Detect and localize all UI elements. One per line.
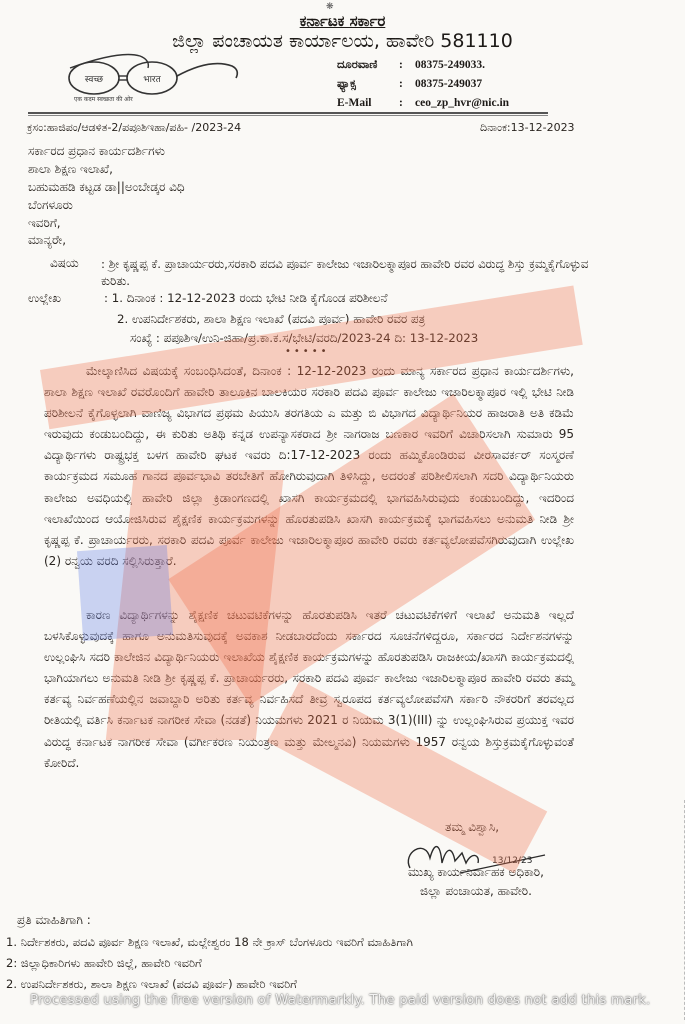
letter-date: ದಿನಾಂಕ:13-12-2023 (480, 121, 575, 135)
copy-to-heading: ಪ್ರತಿ ಮಾಹಿತಿಗಾಗಿ : (17, 913, 91, 928)
office-title: ಜಿಲ್ಲಾ ಪಂಚಾಯತ ಕಾರ್ಯಾಲಯ, ಹಾವೇರಿ 581110 (0, 30, 685, 52)
email-row: E-Mail:ceo_zp_hvr@nic.in (337, 94, 509, 113)
reference-item: ಸಂಖ್ಯೆ : ಪಪೂಶಿಇ/ಉನಿ-ಜಿಹಾ/ಪ್ರ.ಕಾ.ಕ.ಸ/ಭೇಟಿ… (130, 331, 478, 346)
header-divider (28, 112, 548, 114)
copy-to-item: 2: ಜಿಲ್ಲಾಧಿಕಾರಿಗಳು ಹಾವೇರಿ ಜಿಲ್ಲೆ, ಹಾವೇರಿ… (6, 953, 413, 974)
svg-text:स्वच्छ: स्वच्छ (85, 75, 104, 85)
swachh-bharat-logo: स्वच्छ भारत एक कदम स्वच्छता की ओर (60, 52, 245, 110)
copy-to-list: 1. ನಿರ್ದೇಶಕರು, ಪದವಿ ಪೂರ್ವ ಶಿಕ್ಷಣ ಇಲಾಖೆ, … (6, 932, 413, 995)
spectacles-icon: स्वच्छ भारत (60, 52, 245, 97)
state-emblem-icon: ❋ (326, 2, 334, 12)
addressee-block: ಸರ್ಕಾರದ ಪ್ರಧಾನ ಕಾರ್ಯದರ್ಶಿಗಳು ಶಾಲಾ ಶಿಕ್ಷಣ… (28, 142, 185, 232)
government-title: ಕರ್ನಾಟಕ ಸರ್ಕಾರ (0, 12, 685, 30)
fax-row: ಫ್ಯಾಕ್ಸ:08375-249037 (337, 75, 509, 94)
letter-page: ❋ ಕರ್ನಾಟಕ ಸರ್ಕಾರ ಜಿಲ್ಲಾ ಪಂಚಾಯತ ಕಾರ್ಯಾಲಯ,… (0, 0, 685, 1024)
header-divider-thin (28, 115, 548, 116)
salutation: ಮಾನ್ಯರೇ, (28, 233, 66, 248)
scan-edge (678, 800, 685, 1020)
reference-number: ಕ್ರಸಂ:ಹಾಜಿಪಂ/ಆಡಳಿತ-2/ಪಪೂಶಿಇಹಾ/ಪಹಿ- /2023… (27, 121, 241, 135)
subject-text: : ಶ್ರೀ ಕೃಷ್ಣಪ್ಪ ಕೆ. ಪ್ರಾಚಾರ್ಯರರು,ಸರಕಾರಿ … (101, 256, 601, 290)
phone-row: ದೂರವಾಣಿ:08375-249033. (337, 56, 509, 75)
watermark-notice: Processed using the free version of Wate… (30, 992, 650, 1008)
svg-text:भारत: भारत (143, 75, 161, 85)
body-paragraph: ಮೇಲ್ಕಾಣಿಸಿದ ವಿಷಯಕ್ಕೆ ಸಂಬಂಧಿಸಿದಂತೆ, ದಿನಾಂ… (44, 361, 574, 572)
references-label: ಉಲ್ಲೇಖ (28, 291, 61, 306)
body-paragraph: ಕಾರಣ ವಿದ್ಯಾರ್ಥಿಗಳನ್ನು ಶೈಕ್ಷಣಿಕ ಚಟುವಟಿಕೆಗ… (44, 605, 574, 774)
signatory-title: ಮುಖ್ಯ ಕಾರ್ಯನಿರ್ವಾಹಕ ಅಧಿಕಾರಿ, ಜಿಲ್ಲಾ ಪಂಚಾ… (408, 863, 544, 901)
copy-to-item: 1. ನಿರ್ದೇಶಕರು, ಪದವಿ ಪೂರ್ವ ಶಿಕ್ಷಣ ಇಲಾಖೆ, … (6, 932, 413, 953)
subject-label: ವಿಷಯ (50, 256, 79, 271)
contact-block: ದೂರವಾಣಿ:08375-249033. ಫ್ಯಾಕ್ಸ:08375-2490… (337, 56, 509, 113)
separator-dots: ••••• (285, 346, 330, 357)
reference-item: 2. ಉಪನಿರ್ದೇಶಕರು, ಶಾಲಾ ಶಿಕ್ಷಣ ಇಲಾಖೆ (ಪದವಿ… (117, 312, 425, 327)
reference-item: : 1. ದಿನಾಂಕ : 12-12-2023 ರಂದು ಭೇಟಿ ನೀಡಿ … (104, 291, 387, 306)
logo-tagline: एक कदम स्वच्छता की ओर (74, 95, 133, 103)
